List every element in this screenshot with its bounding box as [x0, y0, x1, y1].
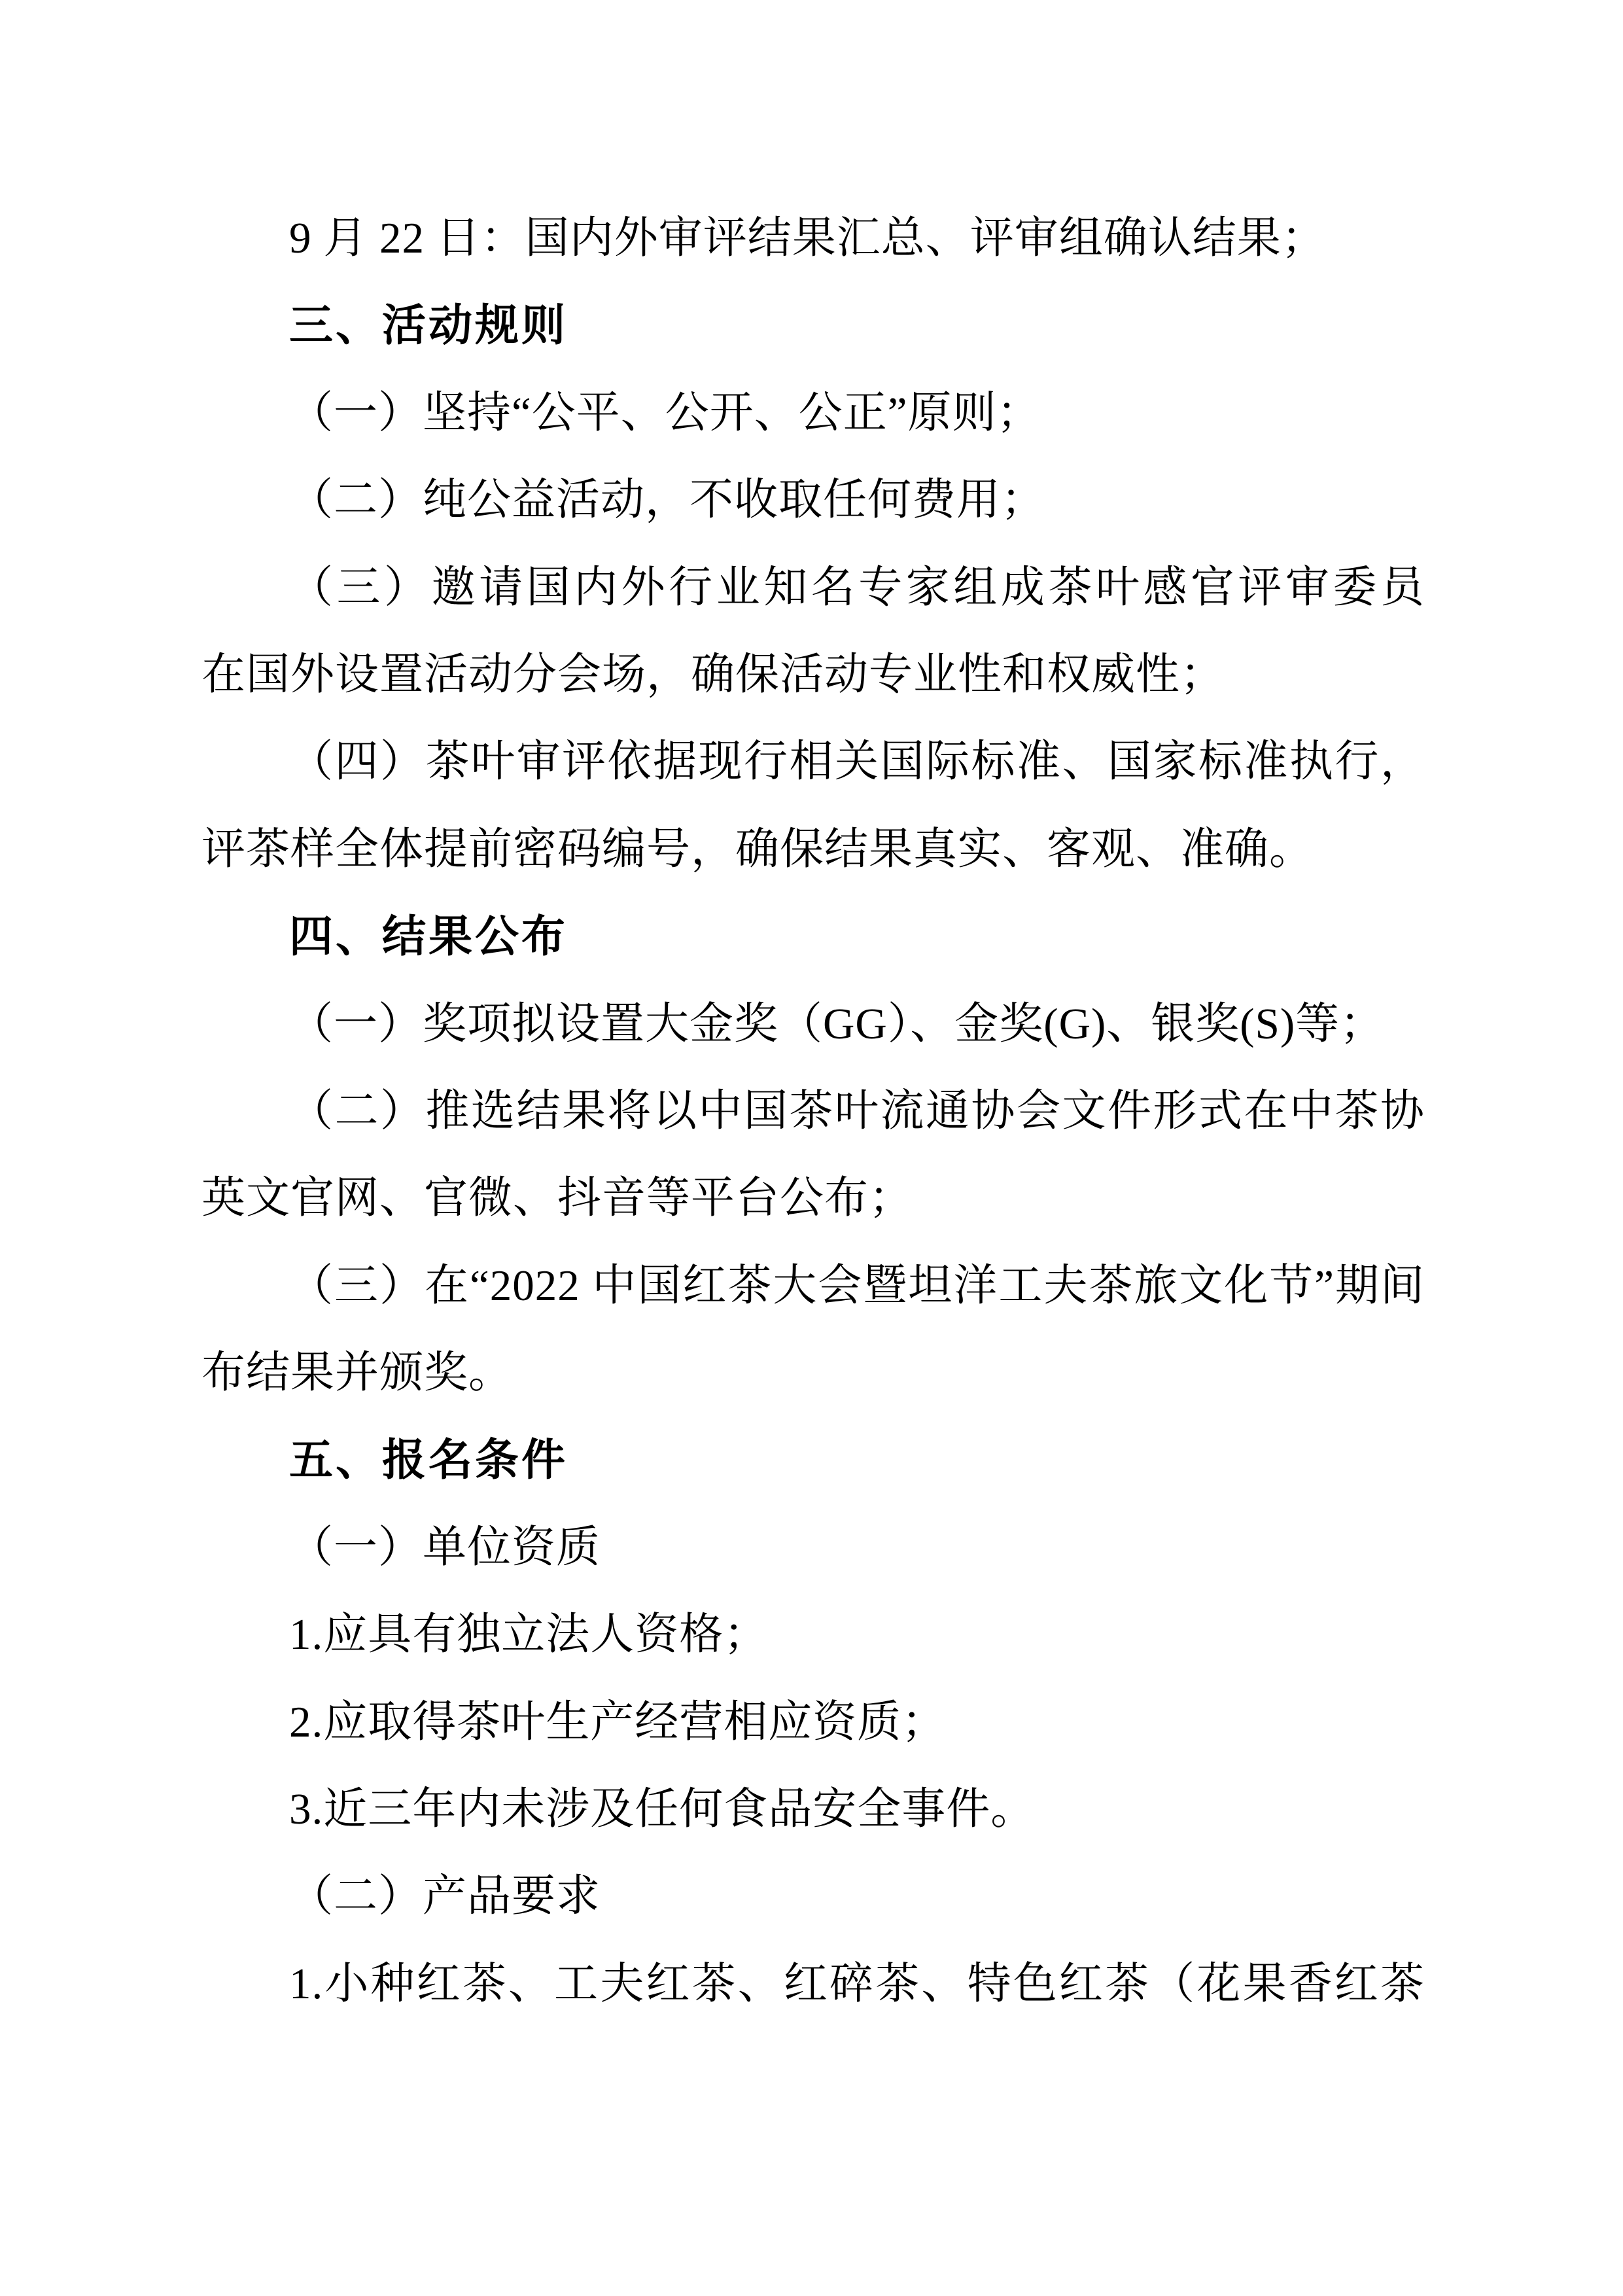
paragraph-line: 2.应取得茶叶生产经营相应资质；	[201, 1679, 1425, 1766]
paragraph-line: 9 月 22 日：国内外审评结果汇总、评审组确认结果；	[201, 195, 1425, 282]
paragraph-line: （二）产品要求	[201, 1853, 1425, 1940]
section-heading: 三、活动规则	[201, 282, 1425, 369]
paragraph-line: （一）奖项拟设置大金奖（GG）、金奖(G)、银奖(S)等；	[201, 981, 1425, 1068]
paragraph-line: 3.近三年内未涉及任何食品安全事件。	[201, 1766, 1425, 1853]
paragraph-line: （三）在“2022 中国红茶大会暨坦洋工夫茶旅文化节”期间发	[201, 1243, 1425, 1330]
paragraph-line: （三）邀请国内外行业知名专家组成茶叶感官评审委员会，	[201, 544, 1425, 631]
section-heading: 五、报名条件	[201, 1417, 1425, 1504]
section-heading: 四、结果公布	[201, 893, 1425, 980]
text-block: 9 月 22 日：国内外审评结果汇总、评审组确认结果；三、活动规则（一）坚持“公…	[201, 195, 1425, 2028]
paragraph-line: 在国外设置活动分会场，确保活动专业性和权威性；	[201, 631, 1425, 718]
paragraph-line: （一）单位资质	[201, 1504, 1425, 1591]
paragraph-line: 布结果并颁奖。	[201, 1330, 1425, 1417]
paragraph-line: 1.小种红茶、工夫红茶、红碎茶、特色红茶（花果香红茶等）、	[201, 1941, 1425, 2028]
paragraph-line: （二）推选结果将以中国茶叶流通协会文件形式在中茶协中	[201, 1068, 1425, 1155]
paragraph-line: 英文官网、官微、抖音等平台公布；	[201, 1155, 1425, 1242]
document-page: 9 月 22 日：国内外审评结果汇总、评审组确认结果；三、活动规则（一）坚持“公…	[0, 0, 1623, 2296]
paragraph-line: （二）纯公益活动，不收取任何费用；	[201, 457, 1425, 544]
paragraph-line: 1.应具有独立法人资格；	[201, 1591, 1425, 1678]
paragraph-line: （一）坚持“公平、公开、公正”原则；	[201, 370, 1425, 457]
paragraph-line: （四）茶叶审评依据现行相关国际标准、国家标准执行，参	[201, 718, 1425, 805]
paragraph-line: 评茶样全体提前密码编号，确保结果真实、客观、准确。	[201, 806, 1425, 893]
